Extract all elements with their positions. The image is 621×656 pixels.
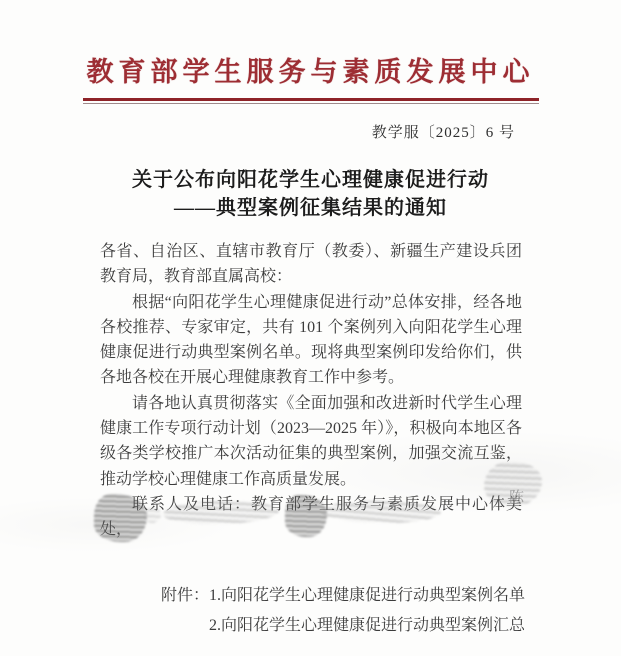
scanned-official-document: 教育部学生服务与素质发展中心 教学服〔2025〕6 号 关于公布向阳花学生心理健… (0, 0, 621, 656)
salutation: 各省、自治区、直辖市教育厅（教委）、新疆生产建设兵团教育局，教育部直属高校： (100, 239, 522, 290)
redacted-contact-details-line (100, 543, 522, 569)
document-number: 教学服〔2025〕6 号 (0, 121, 621, 142)
attachment-item-1: 1.向阳花学生心理健康促进行动典型案例名单 (209, 581, 525, 611)
divider-thick-red-line (83, 98, 539, 101)
notice-title-line2: ——典型案例征集结果的通知 (0, 194, 621, 222)
divider-thin-line (83, 103, 539, 104)
attachments-block: 附件： 1.向阳花学生心理健康促进行动典型案例名单 2.向阳花学生心理健康促进行… (161, 581, 621, 641)
attachment-item-2: 2.向阳花学生心理健康促进行动典型案例汇总 (209, 611, 525, 641)
paragraph-1: 根据“向阳花学生心理健康促进行动”总体安排，经各地各校推荐、专家审定，共有 10… (100, 290, 522, 391)
notice-title: 关于公布向阳花学生心理健康促进行动 ——典型案例征集结果的通知 (0, 166, 621, 222)
letterhead-title: 教育部学生服务与素质发展中心 (0, 50, 621, 89)
contact-line: 联系人及电话：教育部学生服务与素质发展中心体美处， (100, 492, 522, 543)
notice-body: 各省、自治区、直辖市教育厅（教委）、新疆生产建设兵团教育局，教育部直属高校： 根… (100, 239, 522, 569)
notice-title-line1: 关于公布向阳花学生心理健康促进行动 (0, 166, 621, 194)
redacted-name-hint: 陈 (509, 486, 524, 507)
letterhead-divider (83, 98, 539, 104)
paragraph-2: 请各地认真贯彻落实《全面加强和改进新时代学生心理健康工作专项行动计划（2023—… (100, 391, 522, 492)
attachments-label: 附件： (161, 581, 209, 641)
attachments-list: 1.向阳花学生心理健康促进行动典型案例名单 2.向阳花学生心理健康促进行动典型案… (209, 581, 525, 641)
